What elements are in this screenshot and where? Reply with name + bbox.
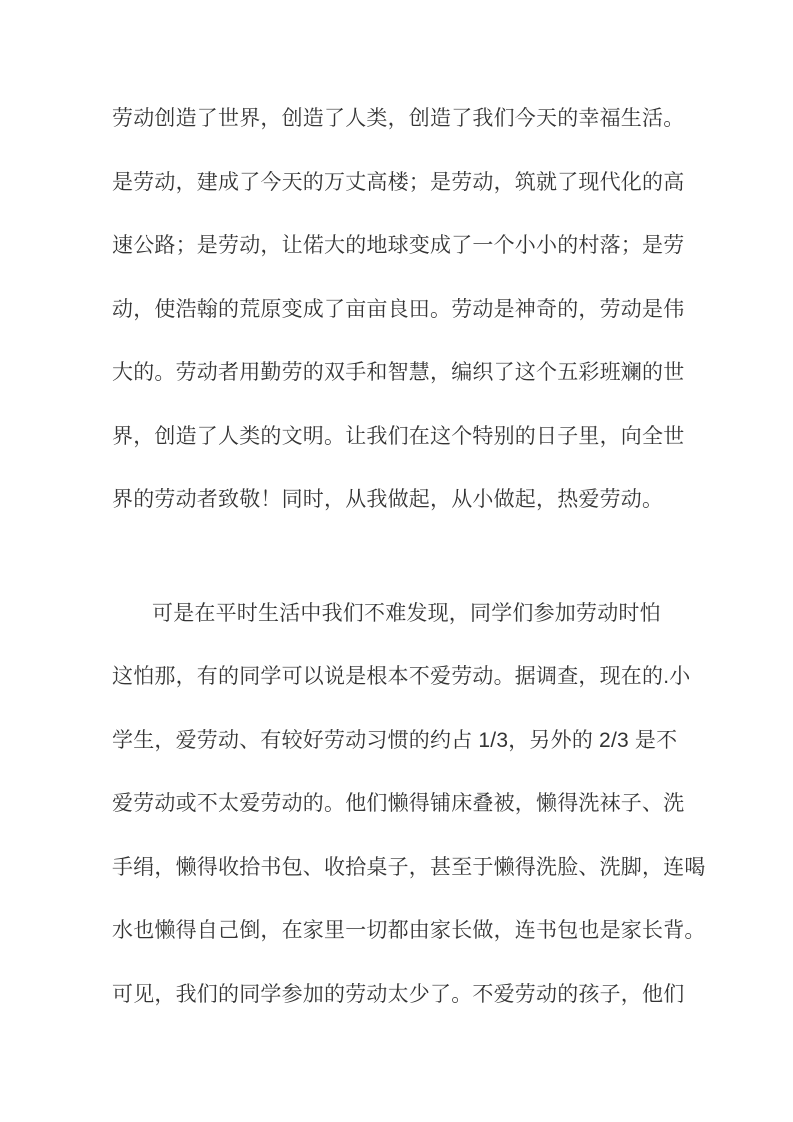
text-line: 可见，我们的同学参加的劳动太少了。不爱劳动的孩子，他们 — [112, 963, 682, 1027]
paragraph-2: 可是在平时生活中我们不难发现，同学们参加劳动时怕 这怕那，有的同学可以说是根本不… — [112, 582, 682, 1027]
text-line: 速公路；是劳动，让偌大的地球变成了一个小小的村落；是劳 — [112, 214, 682, 278]
text-line: 可是在平时生活中我们不难发现，同学们参加劳动时怕 — [112, 582, 682, 646]
text-line: 劳动创造了世界，创造了人类，创造了我们今天的幸福生活。 — [112, 87, 682, 151]
text-line: 水也懒得自己倒，在家里一切都由家长做，连书包也是家长背。 — [112, 899, 682, 963]
text-line: 是劳动，建成了今天的万丈高楼；是劳动，筑就了现代化的高 — [112, 151, 682, 215]
document-page: 劳动创造了世界，创造了人类，创造了我们今天的幸福生活。 是劳动，建成了今天的万丈… — [0, 0, 793, 1122]
paragraph-1: 劳动创造了世界，创造了人类，创造了我们今天的幸福生活。 是劳动，建成了今天的万丈… — [112, 87, 682, 532]
text-line: 学生，爱劳动、有较好劳动习惯的约占 1/3，另外的 2/3 是不 — [112, 709, 682, 773]
text-line: 界，创造了人类的文明。让我们在这个特别的日子里，向全世 — [112, 405, 682, 469]
text-line: 大的。劳动者用勤劳的双手和智慧，编织了这个五彩班斓的世 — [112, 341, 682, 405]
text-line: 界的劳动者致敬！同时，从我做起，从小做起，热爱劳动。 — [112, 468, 682, 532]
text-line: 这怕那，有的同学可以说是根本不爱劳动。据调查，现在的.小 — [112, 645, 682, 709]
text-line: 手绢，懒得收拾书包、收拾桌子，甚至于懒得洗脸、洗脚，连喝 — [112, 836, 682, 900]
text-line: 爱劳动或不太爱劳动的。他们懒得铺床叠被，懒得洗袜子、洗 — [112, 772, 682, 836]
text-line: 动，使浩翰的荒原变成了亩亩良田。劳动是神奇的，劳动是伟 — [112, 278, 682, 342]
